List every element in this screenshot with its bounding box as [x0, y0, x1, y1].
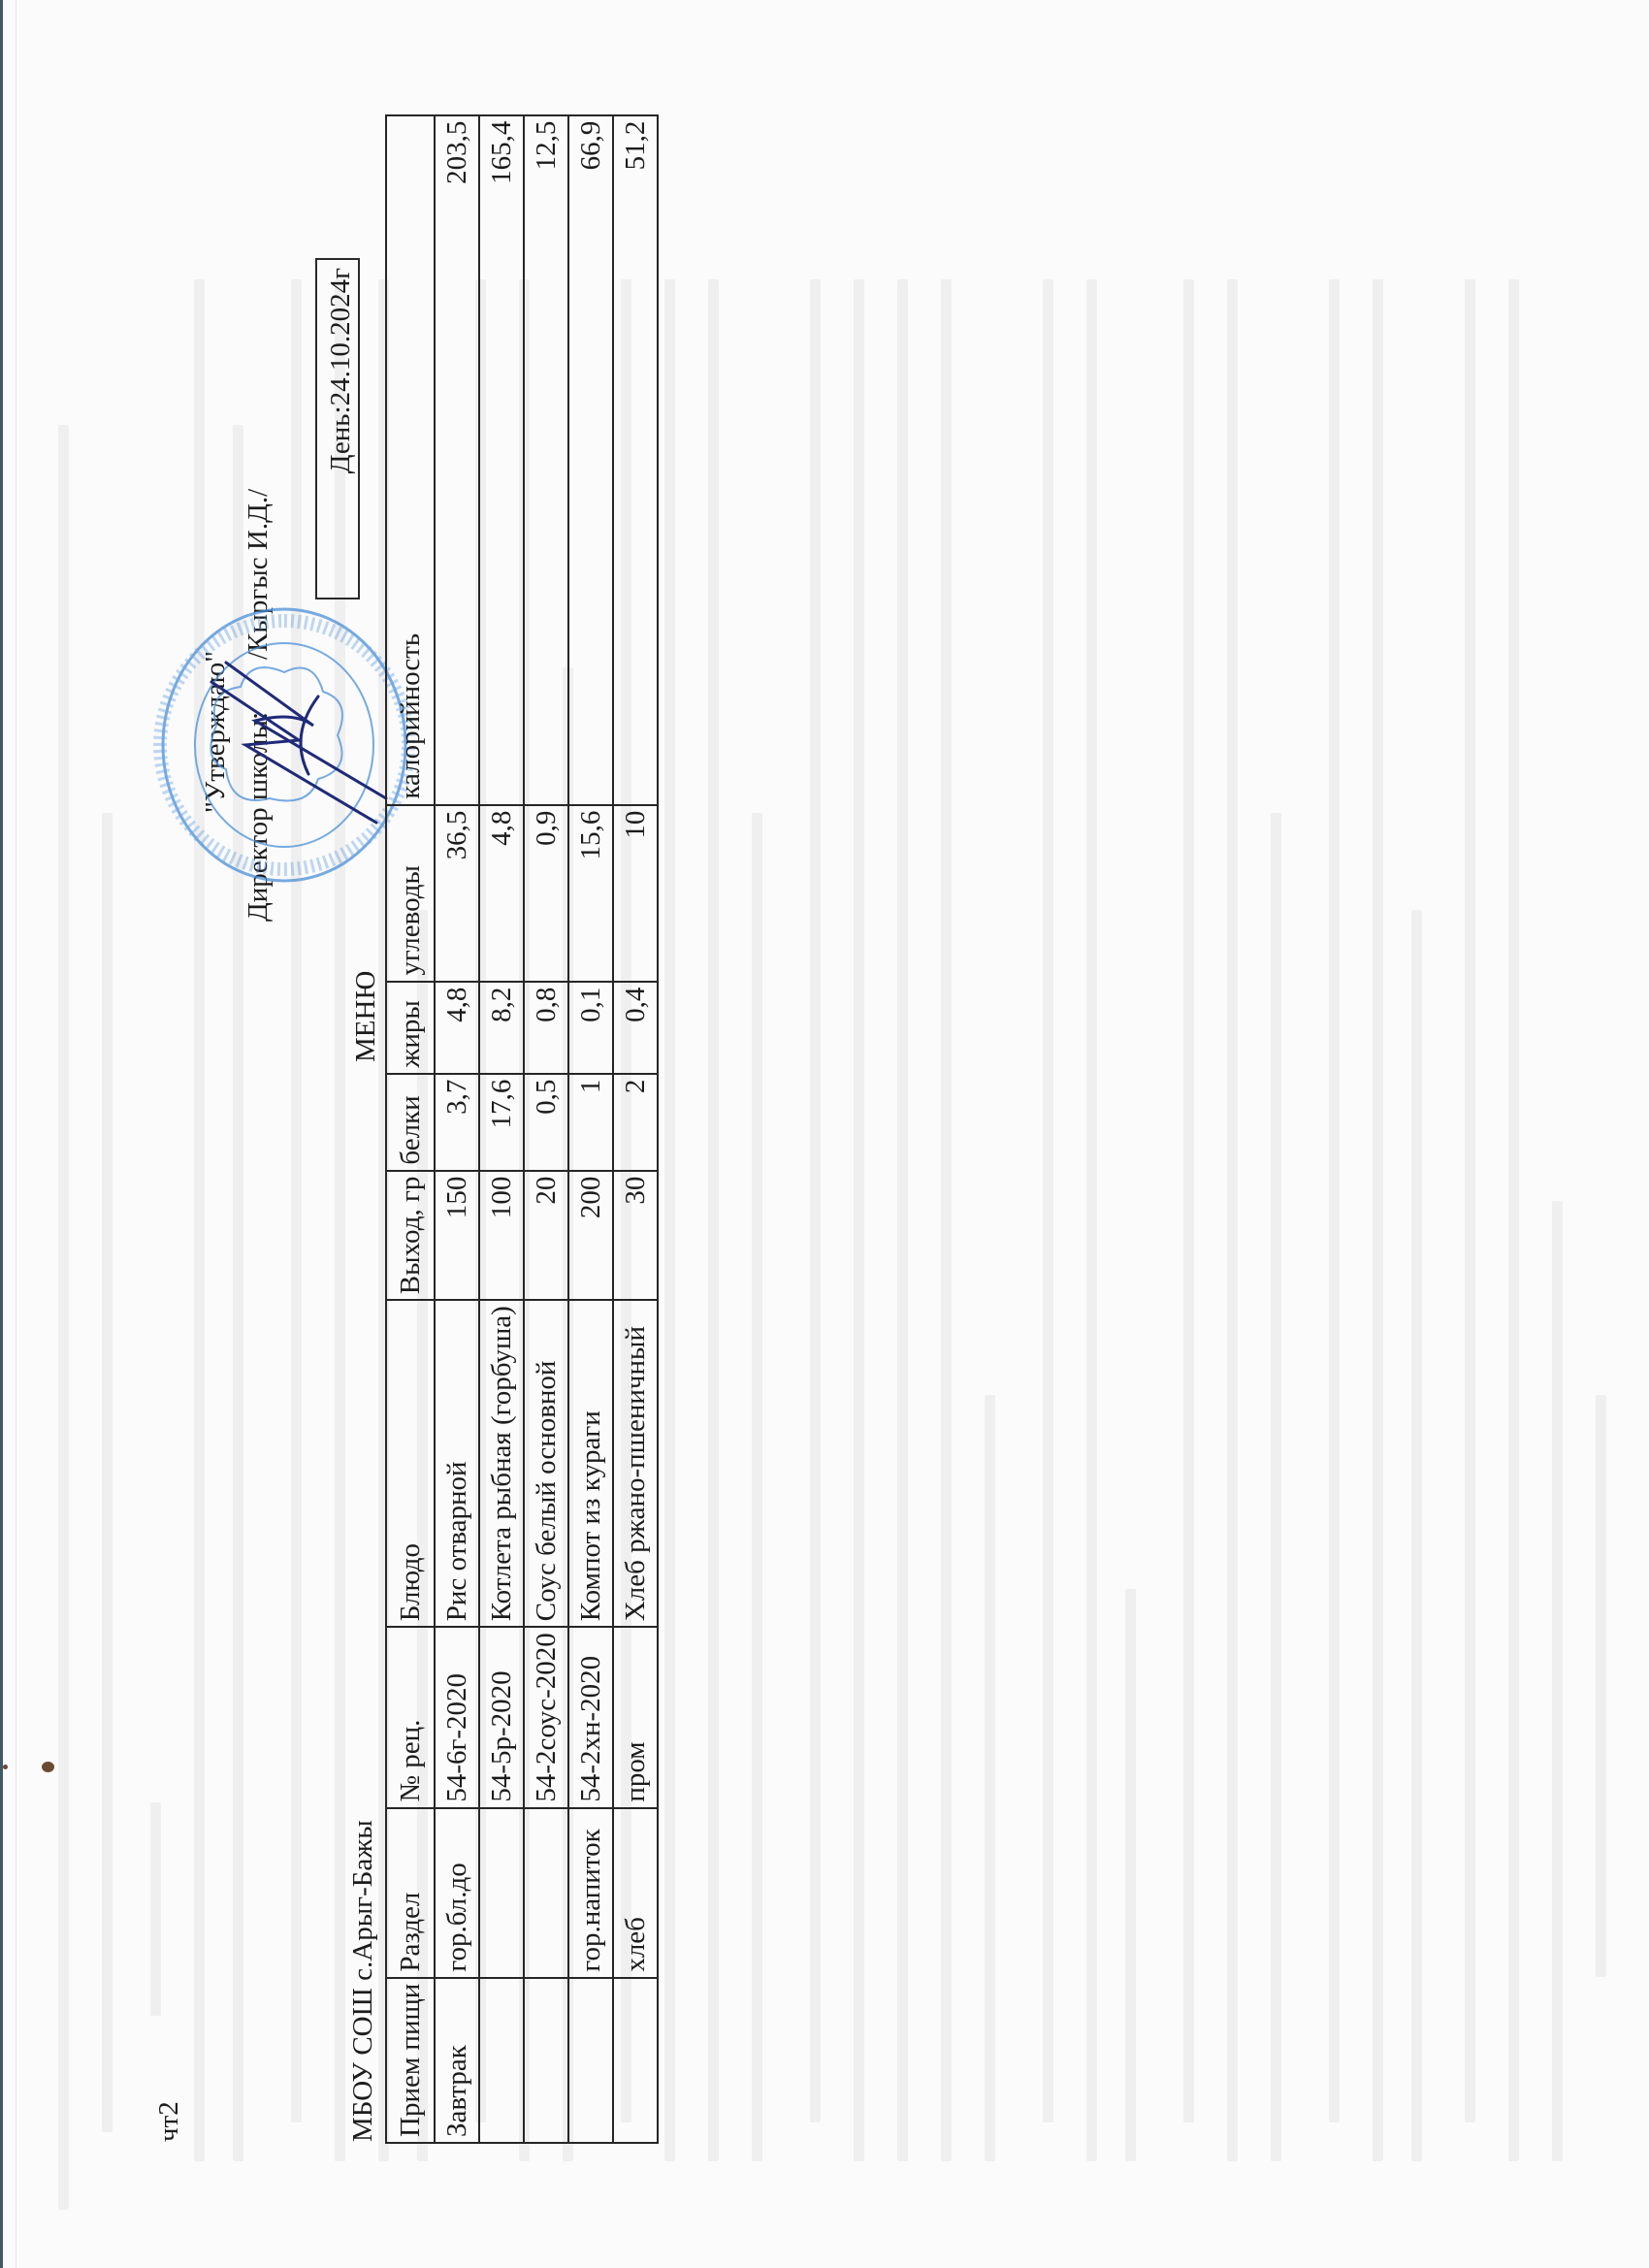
cell-dish: Котлета рыбная (горбуша): [479, 1300, 524, 1627]
school-stamp-icon: [153, 599, 415, 891]
ghost-line: [1552, 1201, 1563, 2161]
cell-kcal: 51,2: [613, 115, 658, 805]
cell-protein: 3,7: [435, 1074, 479, 1171]
director-line: Директор школы:/Кыргыс И.Д./: [244, 489, 273, 922]
cell-section: гор.напиток: [568, 1808, 613, 1978]
ghost-line: [1227, 279, 1238, 2161]
menu-table: Прием пищи Раздел № рец. Блюдо Выход, гр…: [385, 114, 659, 2144]
header-kcal: калорийность: [386, 115, 435, 805]
cell-recipe: 54-5р-2020: [479, 1627, 524, 1807]
ghost-line: [985, 1395, 995, 2161]
ghost-line: [1465, 279, 1475, 2122]
ghost-line: [1125, 1589, 1136, 2161]
ghost-line: [233, 425, 243, 2161]
table-row: гор.напиток54-2хн-2020Компот из кураги20…: [568, 115, 613, 2143]
cell-carbs: 15,6: [568, 805, 613, 982]
ghost-line: [1086, 279, 1097, 2161]
ghost-line: [1271, 813, 1281, 2161]
cell-kcal: 203,5: [435, 115, 479, 805]
ghost-line: [1411, 910, 1422, 2161]
ghost-line: [1373, 279, 1383, 2161]
header-dish: Блюдо: [386, 1300, 435, 1627]
school-name: МБОУ СОШ с.Арыг-Бажы: [349, 1820, 377, 2142]
ghost-line: [708, 279, 719, 2161]
menu-date: День:24.10.2024г: [325, 268, 357, 473]
cell-meal: Завтрак: [435, 1978, 479, 2143]
cell-section: хлеб: [613, 1808, 658, 1978]
table-row: хлебпромХлеб ржано-пшеничный3020,41051,2: [613, 115, 658, 2143]
cell-protein: 1: [568, 1074, 613, 1171]
cell-weight: 200: [568, 1171, 613, 1301]
cell-protein: 2: [613, 1074, 658, 1171]
director-label: Директор школы:: [242, 712, 274, 922]
cell-dish: Хлеб ржано-пшеничный: [613, 1300, 658, 1627]
ghost-line: [194, 279, 205, 2161]
ghost-line: [1508, 279, 1519, 2161]
cell-kcal: 12,5: [524, 115, 568, 805]
cell-recipe: пром: [613, 1627, 658, 1807]
ghost-line: [1596, 1395, 1606, 1977]
cell-recipe: 54-6г-2020: [435, 1627, 479, 1807]
header-section: Раздел: [386, 1808, 435, 1978]
cell-fat: 4,8: [435, 982, 479, 1074]
header-carbs: углеводы: [386, 805, 435, 982]
cell-protein: 0,5: [524, 1074, 568, 1171]
ghost-line: [897, 279, 908, 2161]
cell-meal: [613, 1978, 658, 2143]
header-meal: Прием пищи: [386, 1978, 435, 2143]
header-weight: Выход, гр: [386, 1171, 435, 1301]
menu-document-page: чт2 МБОУ СОШ с.Арыг-Бажы МЕНЮ "Утверждаю…: [0, 0, 1649, 2268]
director-name: /Кыргыс И.Д./: [242, 489, 274, 660]
cell-recipe: 54-2соус-2020: [524, 1627, 568, 1807]
approval-label: "Утверждаю": [202, 651, 230, 813]
cell-meal: [479, 1978, 524, 2143]
cell-fat: 8,2: [479, 982, 524, 1074]
ghost-line: [941, 279, 952, 2161]
ghost-line: [102, 813, 113, 2132]
cell-fat: 0,4: [613, 982, 658, 1074]
cell-fat: 0,1: [568, 982, 613, 1074]
ghost-line: [150, 1802, 161, 2016]
cell-recipe: 54-2хн-2020: [568, 1627, 613, 1807]
cell-dish: Рис отварной: [435, 1300, 479, 1627]
cell-fat: 0,8: [524, 982, 568, 1074]
table-header-row: Прием пищи Раздел № рец. Блюдо Выход, гр…: [386, 115, 435, 2143]
ghost-line: [664, 279, 675, 2161]
table-row: 54-5р-2020Котлета рыбная (горбуша)10017,…: [479, 115, 524, 2143]
ghost-line: [810, 279, 821, 2122]
page-title: МЕНЮ: [352, 971, 380, 1062]
table-row: 54-2соус-2020Соус белый основной200,50,8…: [524, 115, 568, 2143]
cell-carbs: 10: [613, 805, 658, 982]
ghost-line: [1183, 279, 1194, 2122]
cell-carbs: 4,8: [479, 805, 524, 982]
cell-section: [479, 1808, 524, 1978]
header-protein: белки: [386, 1074, 435, 1171]
cell-meal: [568, 1978, 613, 2143]
cell-dish: Компот из кураги: [568, 1300, 613, 1627]
header-fat: жиры: [386, 982, 435, 1074]
ghost-line: [752, 813, 762, 2161]
ghost-line: [1043, 279, 1053, 2122]
date-box: День:24.10.2024г: [315, 258, 360, 599]
cell-weight: 150: [435, 1171, 479, 1301]
ghost-line: [58, 425, 69, 2210]
table-row: Завтракгор.бл.до54-6г-2020Рис отварной15…: [435, 115, 479, 2143]
cell-section: [524, 1808, 568, 1978]
cell-weight: 20: [524, 1171, 568, 1301]
cell-protein: 17,6: [479, 1074, 524, 1171]
cell-kcal: 165,4: [479, 115, 524, 805]
cell-dish: Соус белый основной: [524, 1300, 568, 1627]
ghost-line: [291, 279, 302, 2122]
header-recipe: № рец.: [386, 1627, 435, 1807]
ghost-line: [854, 279, 864, 2161]
cell-meal: [524, 1978, 568, 2143]
cell-carbs: 36,5: [435, 805, 479, 982]
cell-weight: 30: [613, 1171, 658, 1301]
cell-section: гор.бл.до: [435, 1808, 479, 1978]
cell-kcal: 66,9: [568, 115, 613, 805]
ghost-line: [1329, 279, 1340, 2122]
cell-carbs: 0,9: [524, 805, 568, 982]
sheet-code: чт2: [155, 2101, 183, 2142]
cell-weight: 100: [479, 1171, 524, 1301]
